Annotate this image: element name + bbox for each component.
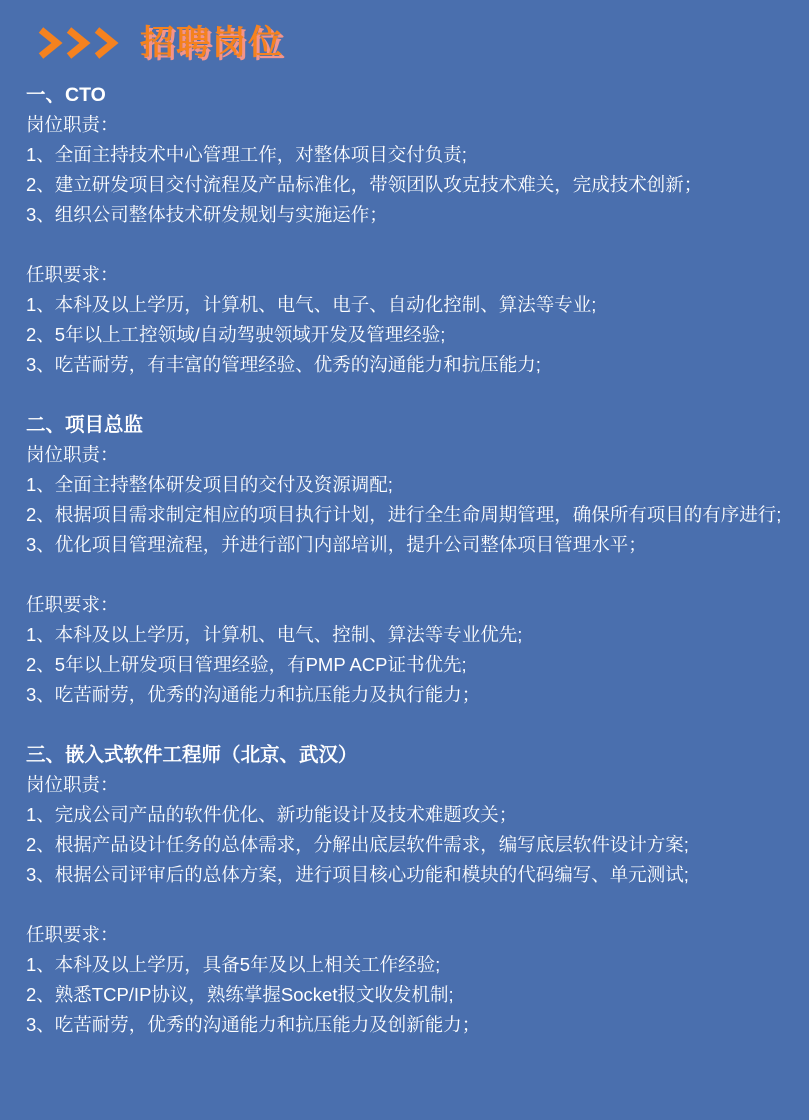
responsibilities-block: 岗位职责： 1、完成公司产品的软件优化、新功能设计及技术难题攻关； 2、根据产品… (26, 770, 783, 890)
list-item: 2、根据项目需求制定相应的项目执行计划，进行全生命周期管理，确保所有项目的有序进… (26, 500, 783, 530)
job-section-heading: 二、项目总监 (26, 410, 783, 440)
list-item: 2、5年以上研发项目管理经验，有PMP ACP证书优先; (26, 650, 783, 680)
responsibilities-block: 岗位职责： 1、全面主持整体研发项目的交付及资源调配; 2、根据项目需求制定相应… (26, 440, 783, 560)
requirements-block: 任职要求： 1、本科及以上学历，计算机、电气、电子、自动化控制、算法等专业; 2… (26, 260, 783, 380)
spacer (26, 710, 783, 740)
page-header: 招聘岗位 (0, 0, 809, 62)
block-label: 岗位职责： (26, 440, 783, 470)
list-item: 2、根据产品设计任务的总体需求，分解出底层软件需求，编写底层软件设计方案; (26, 830, 783, 860)
job-section-heading: 一、CTO (26, 80, 783, 110)
spacer (26, 230, 783, 260)
block-label: 任职要求： (26, 590, 783, 620)
block-label: 任职要求： (26, 260, 783, 290)
list-item: 1、本科及以上学历，具备5年及以上相关工作经验; (26, 950, 783, 980)
list-item: 3、根据公司评审后的总体方案，进行项目核心功能和模块的代码编写、单元测试; (26, 860, 783, 890)
list-item: 3、吃苦耐劳，优秀的沟通能力和抗压能力及创新能力； (26, 1010, 783, 1040)
block-label: 岗位职责： (26, 110, 783, 140)
list-item: 1、完成公司产品的软件优化、新功能设计及技术难题攻关； (26, 800, 783, 830)
list-item: 3、组织公司整体技术研发规划与实施运作； (26, 200, 783, 230)
page-title: 招聘岗位 (140, 26, 284, 60)
triple-chevron-right-icon (36, 27, 124, 59)
list-item: 3、吃苦耐劳，有丰富的管理经验、优秀的沟通能力和抗压能力; (26, 350, 783, 380)
block-label: 岗位职责： (26, 770, 783, 800)
requirements-block: 任职要求： 1、本科及以上学历，计算机、电气、控制、算法等专业优先; 2、5年以… (26, 590, 783, 710)
spacer (26, 380, 783, 410)
requirements-block: 任职要求： 1、本科及以上学历，具备5年及以上相关工作经验; 2、熟悉TCP/I… (26, 920, 783, 1040)
job-listings: 一、CTO 岗位职责： 1、全面主持技术中心管理工作，对整体项目交付负责; 2、… (0, 80, 809, 1040)
recruitment-poster: 招聘岗位 一、CTO 岗位职责： 1、全面主持技术中心管理工作，对整体项目交付负… (0, 0, 809, 1120)
block-label: 任职要求： (26, 920, 783, 950)
responsibilities-block: 岗位职责： 1、全面主持技术中心管理工作，对整体项目交付负责; 2、建立研发项目… (26, 110, 783, 230)
job-section-embedded-engineer: 三、嵌入式软件工程师（北京、武汉） 岗位职责： 1、完成公司产品的软件优化、新功… (26, 740, 783, 1040)
list-item: 3、吃苦耐劳，优秀的沟通能力和抗压能力及执行能力； (26, 680, 783, 710)
job-section-heading: 三、嵌入式软件工程师（北京、武汉） (26, 740, 783, 770)
list-item: 1、全面主持整体研发项目的交付及资源调配; (26, 470, 783, 500)
list-item: 3、优化项目管理流程，并进行部门内部培训，提升公司整体项目管理水平； (26, 530, 783, 560)
list-item: 2、熟悉TCP/IP协议，熟练掌握Socket报文收发机制; (26, 980, 783, 1010)
list-item: 1、本科及以上学历，计算机、电气、控制、算法等专业优先; (26, 620, 783, 650)
list-item: 2、建立研发项目交付流程及产品标准化，带领团队攻克技术难关，完成技术创新； (26, 170, 783, 200)
spacer (26, 890, 783, 920)
job-section-cto: 一、CTO 岗位职责： 1、全面主持技术中心管理工作，对整体项目交付负责; 2、… (26, 80, 783, 410)
list-item: 1、本科及以上学历，计算机、电气、电子、自动化控制、算法等专业; (26, 290, 783, 320)
list-item: 2、5年以上工控领域/自动驾驶领域开发及管理经验; (26, 320, 783, 350)
list-item: 1、全面主持技术中心管理工作，对整体项目交付负责; (26, 140, 783, 170)
job-section-project-director: 二、项目总监 岗位职责： 1、全面主持整体研发项目的交付及资源调配; 2、根据项… (26, 410, 783, 740)
spacer (26, 560, 783, 590)
